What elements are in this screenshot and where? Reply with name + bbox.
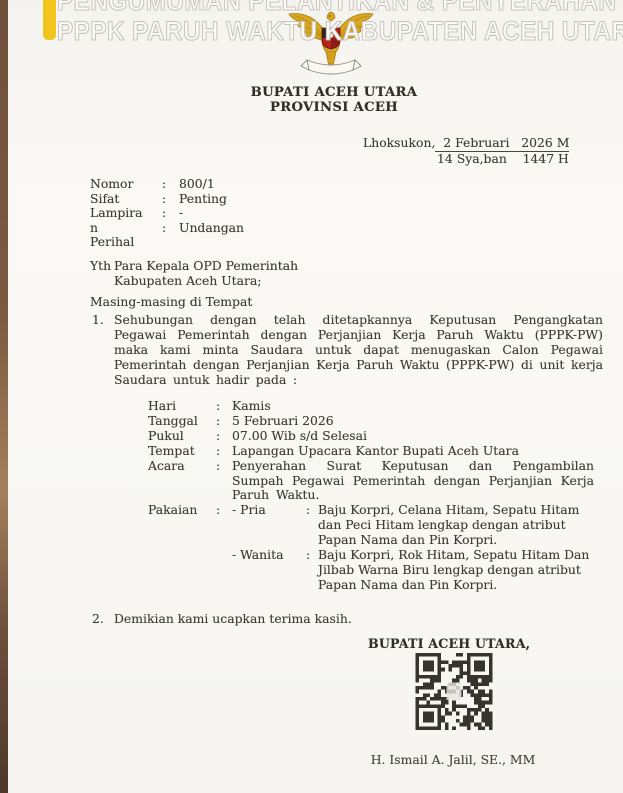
dress-name: - Wanita <box>232 548 306 593</box>
event-value: Penyerahan Surat Keputusan dan Pengambil… <box>232 459 594 504</box>
meta-colon <box>162 235 179 250</box>
letter-meta: Nomor : 800/1 Sifat : Penting Lampira : … <box>90 177 244 250</box>
event-details: Hari : Kamis Tanggal : 5 Februari 2026 P… <box>148 399 603 593</box>
letterhead-title-line2: PROVINSI ACEH <box>45 101 623 116</box>
recipient-line2: Kabupaten Aceh Utara; <box>90 274 298 289</box>
meta-value: Undangan <box>179 221 244 236</box>
meta-value: 800/1 <box>179 177 215 192</box>
event-label: Tempat <box>148 444 216 459</box>
recipient-line1: Yth Para Kepala OPD Pemerintah <box>90 259 298 274</box>
event-row-tanggal: Tanggal : 5 Februari 2026 <box>148 414 603 429</box>
signatory-title: BUPATI ACEH UTARA, <box>368 636 530 651</box>
item-number: 1. <box>92 313 114 388</box>
dateline-date-underlined: 2 Februari 2026 M <box>435 135 569 152</box>
meta-colon: : <box>162 221 179 236</box>
dateline-hijri: 14 Sya,ban 1447 H <box>437 151 569 167</box>
event-row-hari: Hari : Kamis <box>148 399 603 414</box>
event-row-pukul: Pukul : 07.00 Wib s/d Selesai <box>148 429 603 444</box>
banner-title-line1: PENGUMUMAN PELANTIKAN & PENYERAHAN SK <box>57 0 623 17</box>
body-item-2: 2. Demikian kami ucapkan terima kasih. <box>92 612 572 627</box>
event-label: Tanggal <box>148 414 216 429</box>
meta-row-lampiran-2: n : Undangan <box>90 221 244 236</box>
dress-colon: : <box>306 548 318 593</box>
dress-value: Baju Korpri, Celana Hitam, Sepatu Hitam … <box>318 503 604 548</box>
event-label: Acara <box>148 459 216 504</box>
yellow-accent-bar <box>43 0 56 40</box>
scanned-letter-page: PENGUMUMAN PELANTIKAN & PENYERAHAN SK PP… <box>0 0 623 793</box>
banner-title-line2: PPPK PARUH WAKTU KABUPATEN ACEH UTARA <box>57 17 623 47</box>
event-value: 07.00 Wib s/d Selesai <box>232 429 603 444</box>
dress-colon: : <box>306 503 318 548</box>
meta-row-lampiran-1: Lampira : - <box>90 206 244 221</box>
dress-name: - Pria <box>232 503 306 548</box>
meta-label: n <box>90 221 162 236</box>
event-colon: : <box>216 444 232 459</box>
meta-value: Penting <box>179 192 227 207</box>
dress-value: Baju Korpri, Rok Hitam, Sepatu Hitam Dan… <box>318 548 604 593</box>
event-label: Pukul <box>148 429 216 444</box>
item-number: 2. <box>92 612 114 627</box>
left-edge-strip <box>0 0 8 793</box>
event-colon: : <box>216 503 232 592</box>
event-value: Kamis <box>232 399 603 414</box>
meta-label: Perihal <box>90 235 162 250</box>
dateline: Lhoksukon, 2 Februari 2026 M 14 Sya,ban … <box>363 135 569 166</box>
letterhead-title-line1: BUPATI ACEH UTARA <box>45 86 623 101</box>
body-item-1: 1. Sehubungan dengan telah ditetapkannya… <box>92 313 603 388</box>
event-row-tempat: Tempat : Lapangan Upacara Kantor Bupati … <box>148 444 603 459</box>
meta-label: Lampira <box>90 206 162 221</box>
recipient-block: Yth Para Kepala OPD Pemerintah Kabupaten… <box>90 259 298 310</box>
event-colon: : <box>216 414 232 429</box>
overlay-banner: PENGUMUMAN PELANTIKAN & PENYERAHAN SK PP… <box>57 0 623 46</box>
dress-code-list: - Pria : Baju Korpri, Celana Hitam, Sepa… <box>232 503 604 592</box>
meta-row-sifat: Sifat : Penting <box>90 192 244 207</box>
dress-row-wanita: - Wanita : Baju Korpri, Rok Hitam, Sepat… <box>232 548 604 593</box>
recipient-name: Para Kepala OPD Pemerintah <box>114 259 298 274</box>
signatory-name: H. Ismail A. Jalil, SE., MM <box>348 752 558 767</box>
recipient-indent <box>90 274 114 289</box>
event-value: Lapangan Upacara Kantor Bupati Aceh Utar… <box>232 444 603 459</box>
item-text: Demikian kami ucapkan terima kasih. <box>114 612 352 627</box>
event-value: 5 Februari 2026 <box>232 414 603 429</box>
recipient-note: Masing-masing di Tempat <box>90 295 298 310</box>
recipient-prefix: Yth <box>90 259 114 274</box>
dateline-place: Lhoksukon, <box>363 135 435 150</box>
event-label: Hari <box>148 399 216 414</box>
event-colon: : <box>216 459 232 504</box>
meta-row-nomor: Nomor : 800/1 <box>90 177 244 192</box>
event-colon: : <box>216 429 232 444</box>
dress-row-pria: - Pria : Baju Korpri, Celana Hitam, Sepa… <box>232 503 604 548</box>
event-row-pakaian: Pakaian : - Pria : Baju Korpri, Celana H… <box>148 503 603 592</box>
letterhead: BUPATI ACEH UTARA PROVINSI ACEH <box>45 86 623 116</box>
recipient-region: Kabupaten Aceh Utara; <box>114 274 262 289</box>
meta-label: Sifat <box>90 192 162 207</box>
meta-label: Nomor <box>90 177 162 192</box>
meta-colon: : <box>162 177 179 192</box>
event-label: Pakaian <box>148 503 216 592</box>
event-colon: : <box>216 399 232 414</box>
dateline-gregorian: Lhoksukon, 2 Februari 2026 M <box>363 135 569 151</box>
meta-row-perihal: Perihal <box>90 235 244 250</box>
event-row-acara: Acara : Penyerahan Surat Keputusan dan P… <box>148 459 603 504</box>
meta-value: - <box>179 206 183 221</box>
item-text: Sehubungan dengan telah ditetapkannya Ke… <box>114 313 603 388</box>
meta-colon: : <box>162 206 179 221</box>
qr-code <box>414 653 494 730</box>
meta-colon: : <box>162 192 179 207</box>
